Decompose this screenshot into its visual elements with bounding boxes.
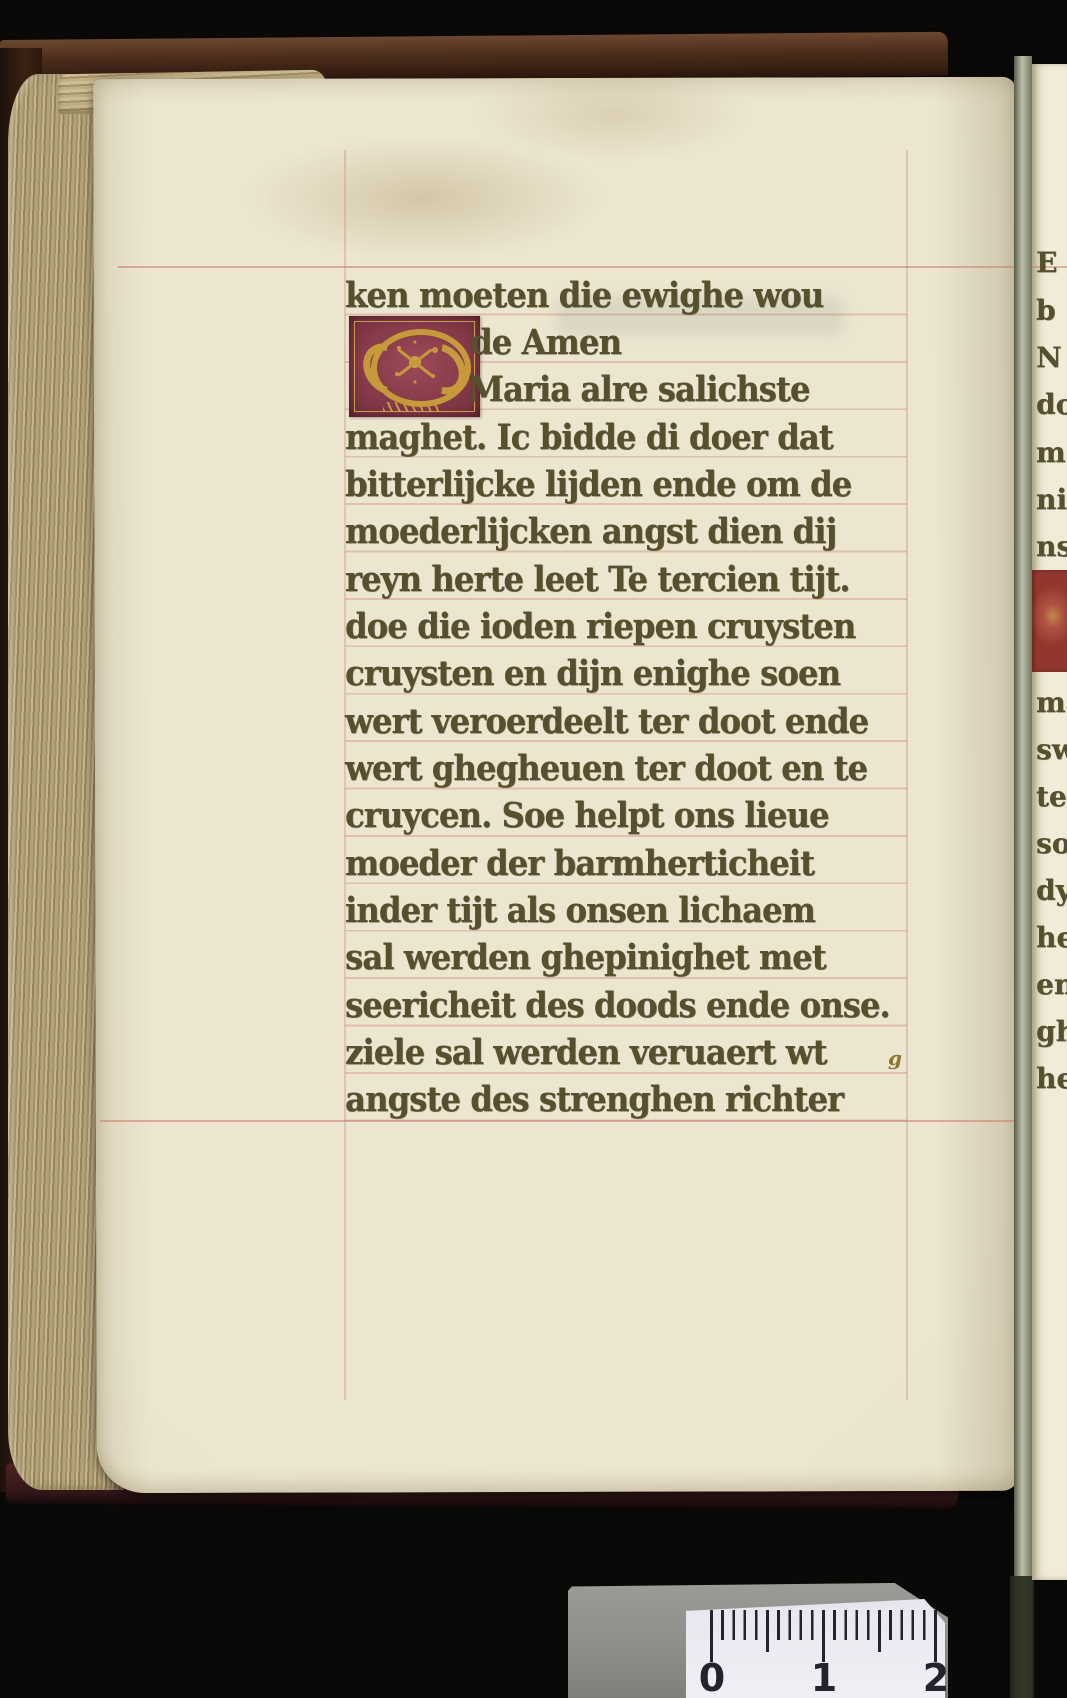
facing-page-text-fragment: het	[1036, 1062, 1067, 1095]
facing-page-text-fragment: do	[1036, 388, 1067, 421]
facing-page-text-fragment: E	[1036, 246, 1057, 279]
facing-page-text-fragment: b	[1036, 294, 1056, 327]
text-line: wert ghegheuen ter doot en te	[345, 745, 867, 795]
facing-page-text-fragment: dy	[1036, 874, 1067, 907]
text-line: moederlijcken angst dien dij	[345, 508, 836, 558]
facing-page-text-fragment: ni	[1036, 483, 1067, 516]
gutter-shadow	[1010, 1576, 1034, 1698]
text-line: maghet. Ic bidde di doer dat	[345, 414, 833, 464]
ruler-label-1: 1	[811, 1656, 837, 1698]
marginal-correction-mark: g	[888, 1046, 902, 1070]
facing-page-text-fragment: so	[1036, 827, 1067, 860]
facing-page-text-fragment: te	[1036, 780, 1067, 813]
facing-page-text-fragment: het	[1036, 921, 1067, 954]
text-line: de Amen	[470, 319, 621, 369]
facing-page-text-fragment: N	[1036, 341, 1062, 374]
text-line: angste des strenghen richter	[345, 1076, 843, 1126]
facing-page-text-fragment: ns	[1036, 530, 1067, 563]
facing-page-text-fragment: m	[1036, 436, 1066, 469]
facing-page-red-initial	[1032, 570, 1067, 672]
text-line: cruycen. Soe helpt ons lieue	[345, 792, 829, 842]
ruler-centimeter-ticks	[710, 1610, 941, 1662]
text-line: moeder der barmherticheit	[345, 840, 814, 890]
text-line: ziele sal werden veruaert wt	[345, 1029, 827, 1079]
decorated-initial-O	[349, 316, 480, 417]
text-line: ken moeten die ewighe wou	[345, 272, 823, 322]
facing-page-text-fragment: gh	[1036, 1015, 1067, 1048]
text-line: inder tijt als onsen lichaem	[345, 887, 815, 937]
facing-page-sliver: E b N do m ni ns ma sw te so dy het en g…	[1032, 64, 1067, 1580]
initial-gold-hatching	[383, 402, 441, 411]
text-line: cruysten en dijn enighe soen	[345, 650, 840, 700]
facing-page-text-fragment: sw	[1036, 733, 1067, 766]
facing-page-text-fragment: ma	[1036, 686, 1067, 719]
text-line: sal werden ghepinighet met	[345, 934, 826, 984]
manuscript-photo: ken moeten die ewighe wou de Amen Maria …	[0, 0, 1067, 1698]
text-line: wert veroerdeelt ter doot ende	[345, 698, 868, 748]
gutter-clasp-strip	[1014, 56, 1032, 1698]
text-line: seericheit des doods ende onse.	[345, 982, 890, 1032]
ruler-label-2: 2	[923, 1656, 949, 1698]
text-line: Maria alre salichste	[468, 366, 809, 416]
text-line: reyn herte leet Te tercien tijt.	[345, 556, 850, 606]
text-line: doe die ioden riepen cruysten	[345, 603, 855, 653]
facing-page-text-fragment: en	[1036, 968, 1067, 1001]
text-line: bitterlijcke lijden ende om de	[345, 461, 851, 511]
ruler-label-0: 0	[699, 1656, 725, 1698]
